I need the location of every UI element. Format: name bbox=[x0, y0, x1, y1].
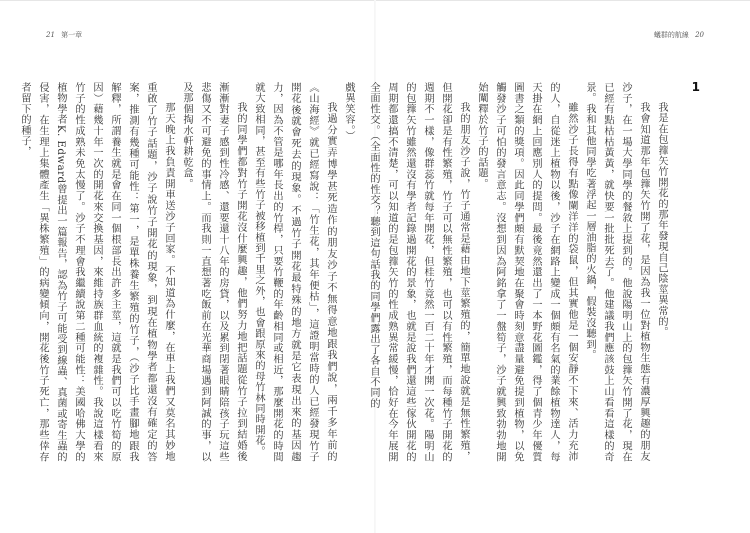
left-running-head-title: 第一章 bbox=[61, 31, 82, 39]
left-paragraph-1: 戲異笑容。） bbox=[339, 82, 357, 462]
right-running-head: 蟻群的航線 20 bbox=[654, 30, 708, 40]
right-page-number: 20 bbox=[695, 31, 704, 39]
left-running-head: 21 第一章 bbox=[42, 30, 82, 40]
left-paragraph-2: 我過分實弄博學甚死造作的朋友沙子不無得意地跟我們說，兩千多年前的《山海經》就已經… bbox=[249, 82, 339, 462]
left-page-body: 戲異笑容。） 我過分實弄博學甚死造作的朋友沙子不無得意地跟我們說，兩千多年前的《… bbox=[17, 82, 357, 462]
right-paragraph-4: 我的朋友沙子說，竹子通常是藉由地下莖繁殖的，簡單地說就是無性繁殖，但開花卻是有性… bbox=[364, 82, 472, 462]
chapter-number: 1 bbox=[692, 80, 700, 94]
right-paragraph-3: 雖然沙子長得有點像闌洋洋的袋鼠，但其實他是一個安靜不下來、活力充沛的人，自從迷上… bbox=[472, 82, 580, 462]
left-page: 21 第一章 戲異笑容。） 我過分實弄博學甚死造作的朋友沙子不無得意地跟我們說，… bbox=[0, 0, 375, 533]
book-spread: 21 第一章 戲異笑容。） 我過分實弄博學甚死造作的朋友沙子不無得意地跟我們說，… bbox=[0, 0, 750, 533]
right-paragraph-1: 我是在包籜矢竹開花的那年發現自己陰莖異常的。 bbox=[652, 82, 670, 462]
left-paragraph-4: 那天晚上我負責開車送沙子回家。不知道為什麼，在車上我們又莫名其妙地重啟了竹子話題… bbox=[15, 82, 177, 462]
left-paragraph-3: 我的同學們都對竹子開花沒什麼興趣，他們努力地把話題從竹子拉到結婚後漸漸對妻子感到… bbox=[177, 82, 249, 462]
right-paragraph-2: 我會知道那年包籜矢竹開了花，是因為我一位對植物生態有濃厚興趣的朋友沙子，在一場大… bbox=[580, 82, 652, 462]
right-running-head-title: 蟻群的航線 bbox=[654, 31, 689, 39]
right-page: 蟻群的航線 20 1 我是在包籜矢竹開花的那年發現自己陰莖異常的。 我會知道那年… bbox=[375, 0, 750, 533]
left-page-number: 21 bbox=[46, 31, 55, 39]
right-page-body: 我是在包籜矢竹開花的那年發現自己陰莖異常的。 我會知道那年包籜矢竹開了花，是因為… bbox=[380, 82, 670, 462]
